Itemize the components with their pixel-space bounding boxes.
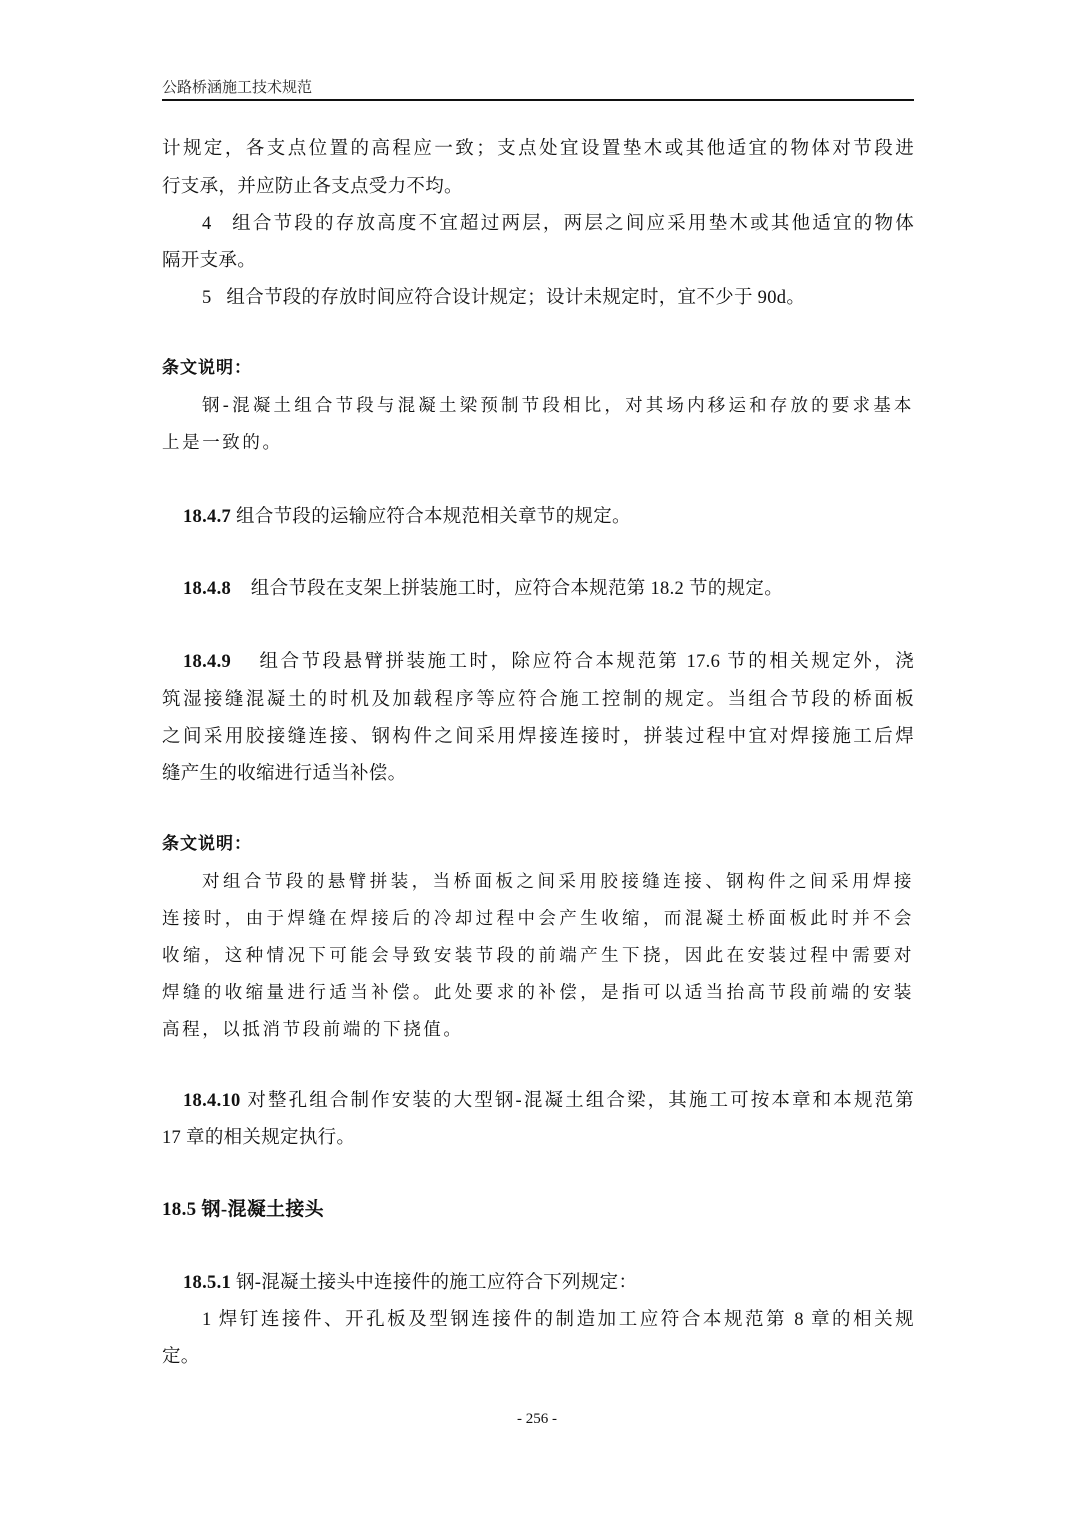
clause-text: 组合节段在支架上拼装施工时，应符合本规范第 18.2 节的规定。 [251,579,783,599]
note-line: 连接时，由于焊缝在焊接后的冷却过程中会产生收缩，而混凝土桥面板此时并不会 [162,907,914,931]
note-line: 高程，以抵消节段前端的下挠值。 [162,1018,914,1042]
clause-number: 18.4.8 [183,579,231,599]
list-text: 焊钉连接件、开孔板及型钢连接件的制造加工应符合本规范第 8 章的相关规 [219,1310,914,1330]
clause-number: 18.4.9 [183,652,231,672]
clause-18-4-9: 18.4.9 组合节段悬臂拼装施工时，除应符合本规范第 17.6 节的相关规定外… [162,650,914,674]
clause-text: 组合节段的运输应符合本规范相关章节的规定。 [236,507,631,527]
document-page: 公路桥涵施工技术规范 计规定，各支点位置的高程应一致；支点处宜设置垫木或其他适宜… [0,0,1074,1520]
note-title: 条文说明： [162,832,914,856]
clause-18-4-7: 18.4.7 组合节段的运输应符合本规范相关章节的规定。 [162,505,935,529]
list-text: 组合节段的存放高度不宜超过两层，两层之间应采用垫木或其他适宜的物体 [232,214,914,234]
note-line: 上是一致的。 [162,431,914,455]
note-line: 钢-混凝土组合节段与混凝土梁预制节段相比，对其场内移运和存放的要求基本 [162,394,914,418]
paragraph-line: 之间采用胶接缝连接、钢构件之间采用焊接连接时，拼装过程中宜对焊接施工后焊 [162,725,914,749]
paragraph-line: 17 章的相关规定执行。 [162,1126,914,1150]
clause-number: 18.4.10 [183,1091,241,1111]
list-number: 5 [202,288,212,308]
list-text: 组合节段的存放时间应符合设计规定；设计未规定时，宜不少于 90d。 [226,288,805,308]
note-title: 条文说明： [162,356,914,380]
clause-text: 组合节段悬臂拼装施工时，除应符合本规范第 17.6 节的相关规定外，浇 [260,652,914,672]
paragraph-line: 行支承，并应防止各支点受力不均。 [162,175,914,199]
section-heading-18-5: 18.5 钢-混凝土接头 [162,1198,914,1222]
clause-text: 钢-混凝土接头中连接件的施工应符合下列规定： [236,1273,637,1293]
paragraph-line: 隔开支承。 [162,249,914,273]
section-number: 18.5 [162,1199,196,1220]
list-item-4: 4 组合节段的存放高度不宜超过两层，两层之间应采用垫木或其他适宜的物体 [162,212,914,236]
list-number: 4 [202,214,212,234]
clause-18-4-8: 18.4.8 组合节段在支架上拼装施工时，应符合本规范第 18.2 节的规定。 [162,577,935,601]
list-item-5: 5 组合节段的存放时间应符合设计规定；设计未规定时，宜不少于 90d。 [162,286,914,310]
paragraph-line: 计规定，各支点位置的高程应一致；支点处宜设置垫木或其他适宜的物体对节段进 [162,137,914,161]
note-line: 焊缝的收缩量进行适当补偿。此处要求的补偿，是指可以适当抬高节段前端的安装 [162,981,914,1005]
paragraph-line: 筑湿接缝混凝土的时机及加载程序等应符合施工控制的规定。当组合节段的桥面板 [162,688,914,712]
running-header: 公路桥涵施工技术规范 [162,76,914,97]
note-line: 收缩，这种情况下可能会导致安装节段的前端产生下挠，因此在安装过程中需要对 [162,944,914,968]
note-line: 对组合节段的悬臂拼装，当桥面板之间采用胶接缝连接、钢构件之间采用焊接 [162,870,914,894]
list-number: 1 [202,1310,212,1330]
clause-text: 对整孔组合制作安装的大型钢-混凝土组合梁，其施工可按本章和本规范第 [247,1091,914,1111]
section-title: 钢-混凝土接头 [202,1199,324,1220]
header-rule [162,99,914,101]
paragraph-line: 定。 [162,1345,914,1369]
list-item-1: 1 焊钉连接件、开孔板及型钢连接件的制造加工应符合本规范第 8 章的相关规 [162,1308,914,1332]
clause-number: 18.4.7 [183,507,231,527]
clause-18-5-1: 18.5.1 钢-混凝土接头中连接件的施工应符合下列规定： [162,1271,935,1295]
clause-number: 18.5.1 [183,1273,231,1293]
paragraph-line: 缝产生的收缩进行适当补偿。 [162,762,914,786]
clause-18-4-10: 18.4.10 对整孔组合制作安装的大型钢-混凝土组合梁，其施工可按本章和本规范… [162,1089,914,1113]
page-number: - 256 - [0,1411,1074,1428]
